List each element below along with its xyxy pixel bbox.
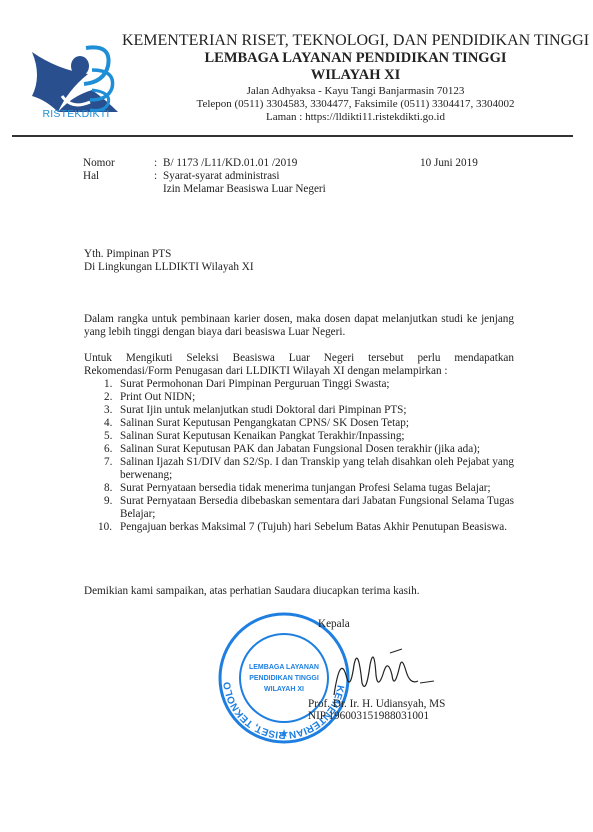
logo-wordmark: RISTEKDIKTI — [28, 108, 124, 120]
hal-colon: : — [154, 170, 157, 183]
requirement-item: 7.Salinan Ijazah S1/DIV dan S2/Sp. I dan… — [84, 456, 514, 482]
institution-name: LEMBAGA LAYANAN PENDIDIKAN TINGGI — [118, 51, 593, 66]
requirement-item: 3.Surat Ijin untuk melanjutkan studi Dok… — [84, 404, 514, 417]
region-name: WILAYAH XI — [118, 68, 593, 83]
institution-address: Jalan Adhyaksa - Kayu Tangi Banjarmasin … — [118, 86, 593, 97]
recipient-line2: Di Lingkungan LLDIKTI Wilayah XI — [84, 261, 254, 274]
requirements-intro: Untuk Mengikuti Seleksi Beasiswa Luar Ne… — [84, 352, 514, 378]
ministry-name: KEMENTERIAN RISET, TEKNOLOGI, DAN PENDID… — [118, 33, 593, 49]
requirement-item: 2.Print Out NIDN; — [84, 391, 514, 404]
requirement-item: 1.Surat Permohonan Dari Pimpinan Perguru… — [84, 378, 514, 391]
nomor-colon: : — [154, 157, 157, 170]
requirement-item: 4.Salinan Surat Keputusan Pengangkatan C… — [84, 417, 514, 430]
svg-text:★: ★ — [279, 728, 289, 740]
svg-text:LEMBAGA LAYANAN: LEMBAGA LAYANAN — [249, 664, 319, 671]
requirements-list: 1.Surat Permohonan Dari Pimpinan Perguru… — [84, 378, 514, 534]
requirement-item: 6.Salinan Surat Keputusan PAK dan Jabata… — [84, 443, 514, 456]
svg-text:WILAYAH XI: WILAYAH XI — [264, 686, 304, 693]
requirement-item: 9.Surat Pernyataan Bersedia dibebaskan s… — [84, 495, 514, 521]
signer-nip: NIP 196003151988031001 — [308, 710, 429, 723]
recipient-line1: Yth. Pimpinan PTS — [84, 248, 254, 261]
letterhead-divider — [12, 135, 573, 137]
letter-date: 10 Juni 2019 — [420, 157, 478, 170]
nomor-value: B/ 1173 /L11/KD.01.01 /2019 — [163, 157, 297, 170]
requirement-item: 10.Pengajuan berkas Maksimal 7 (Tujuh) h… — [84, 521, 514, 534]
intro-paragraph: Dalam rangka untuk pembinaan karier dose… — [84, 313, 514, 339]
requirement-item: 5.Salinan Surat Keputusan Kenaikan Pangk… — [84, 430, 514, 443]
svg-text:PENDIDIKAN TINGGI: PENDIDIKAN TINGGI — [249, 675, 319, 682]
hal-value-line2: Izin Melamar Beasiswa Luar Negeri — [163, 183, 326, 196]
requirement-item: 8.Surat Pernyataan bersedia tidak meneri… — [84, 482, 514, 495]
recipient-block: Yth. Pimpinan PTS Di Lingkungan LLDIKTI … — [84, 248, 254, 274]
hal-label: Hal — [83, 170, 99, 183]
institution-phone: Telepon (0511) 3304583, 3304477, Faksimi… — [118, 99, 593, 110]
nomor-label: Nomor — [83, 157, 115, 170]
closing-sentence: Demikian kami sampaikan, atas perhatian … — [84, 585, 420, 598]
signer-title: Kepala — [318, 618, 350, 631]
handwritten-signature-icon — [330, 635, 440, 705]
hal-value-line1: Syarat-syarat administrasi — [163, 170, 280, 183]
institution-website[interactable]: Laman : https://lldikti11.ristekdikti.go… — [118, 112, 593, 123]
